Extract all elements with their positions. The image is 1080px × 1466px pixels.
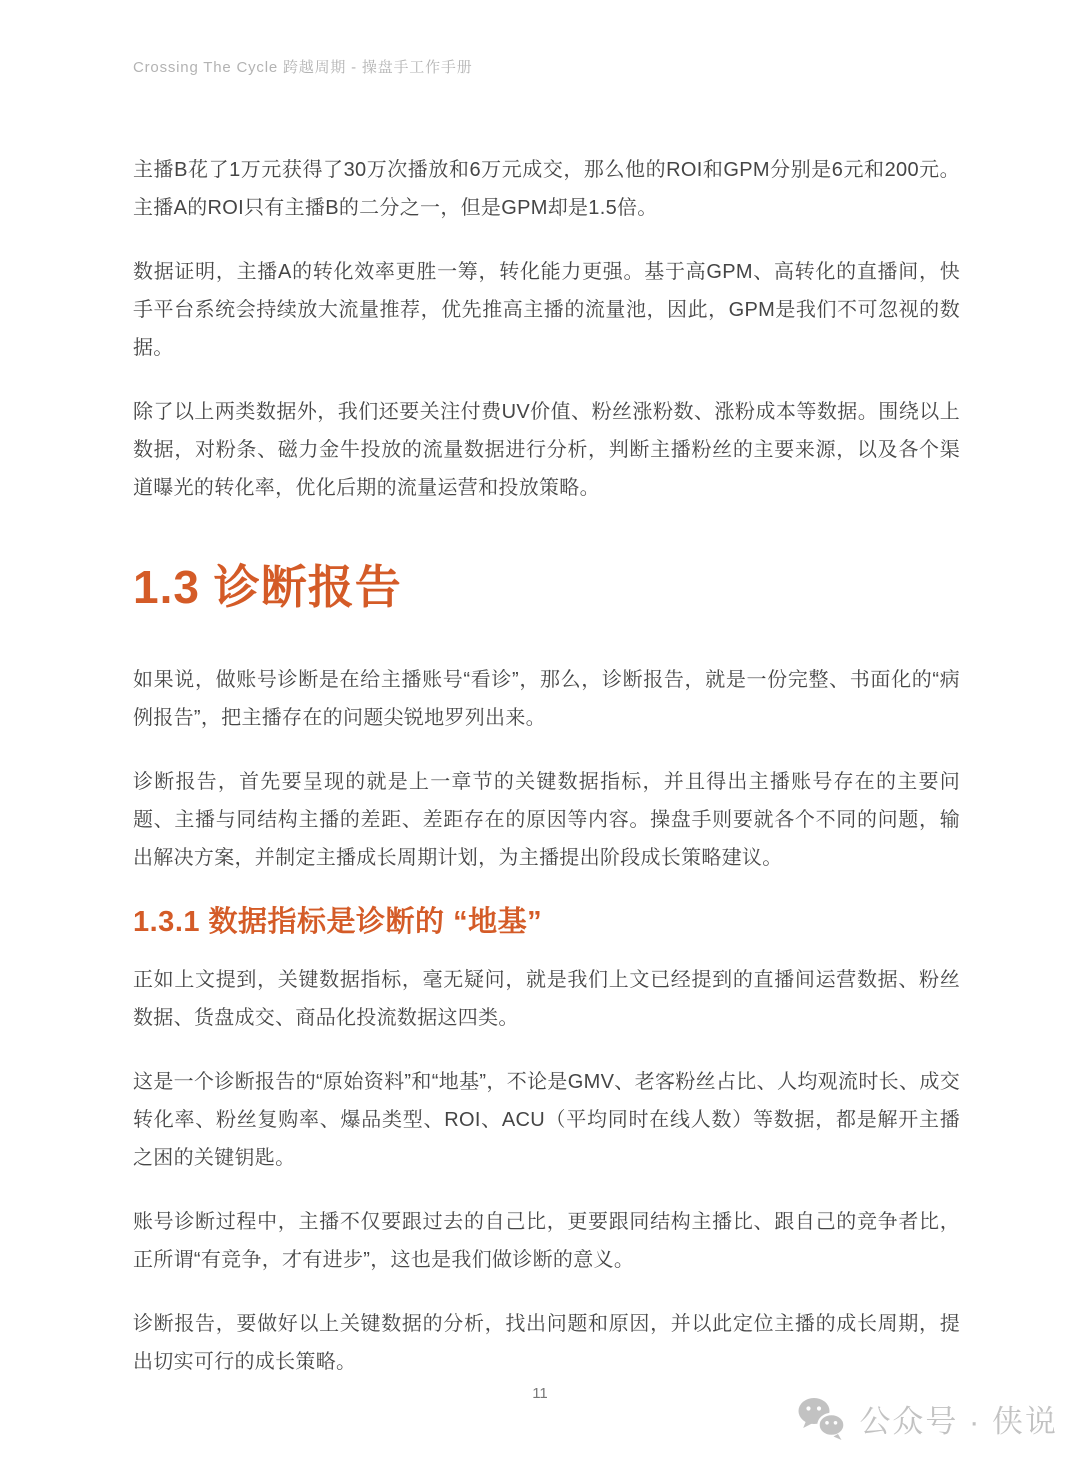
document-page: Crossing The Cycle 跨越周期 - 操盘手工作手册 主播B花了1… [0,0,1080,1466]
page-content: 主播B花了1万元获得了30万次播放和6万元成交，那么他的ROI和GPM分别是6元… [133,151,960,1407]
section-heading: 1.3 诊断报告 [133,559,960,615]
paragraph: 账号诊断过程中，主播不仅要跟过去的自己比，更要跟同结构主播比、跟自己的竞争者比，… [133,1203,960,1279]
subsection-heading: 1.3.1 数据指标是诊断的 “地基” [133,903,960,941]
paragraph: 主播B花了1万元获得了30万次播放和6万元成交，那么他的ROI和GPM分别是6元… [133,151,960,227]
paragraph: 诊断报告，首先要呈现的就是上一章节的关键数据指标，并且得出主播账号存在的主要问题… [133,763,960,877]
paragraph: 数据证明，主播A的转化效率更胜一筹，转化能力更强。基于高GPM、高转化的直播间，… [133,253,960,367]
running-header: Crossing The Cycle 跨越周期 - 操盘手工作手册 [133,56,473,77]
paragraph: 这是一个诊断报告的“原始资料”和“地基”，不论是GMV、老客粉丝占比、人均观流时… [133,1063,960,1177]
paragraph: 诊断报告，要做好以上关键数据的分析，找出问题和原因，并以此定位主播的成长周期，提… [133,1305,960,1381]
watermark-label: 公众号 · 侠说 [859,1396,1058,1441]
paragraph: 除了以上两类数据外，我们还要关注付费UV价值、粉丝涨粉数、涨粉成本等数据。围绕以… [133,393,960,507]
watermark: 公众号 · 侠说 [797,1396,1058,1441]
wechat-icon [797,1397,847,1441]
paragraph: 如果说，做账号诊断是在给主播账号“看诊”，那么，诊断报告，就是一份完整、书面化的… [133,661,960,737]
paragraph: 正如上文提到，关键数据指标，毫无疑问，就是我们上文已经提到的直播间运营数据、粉丝… [133,961,960,1037]
